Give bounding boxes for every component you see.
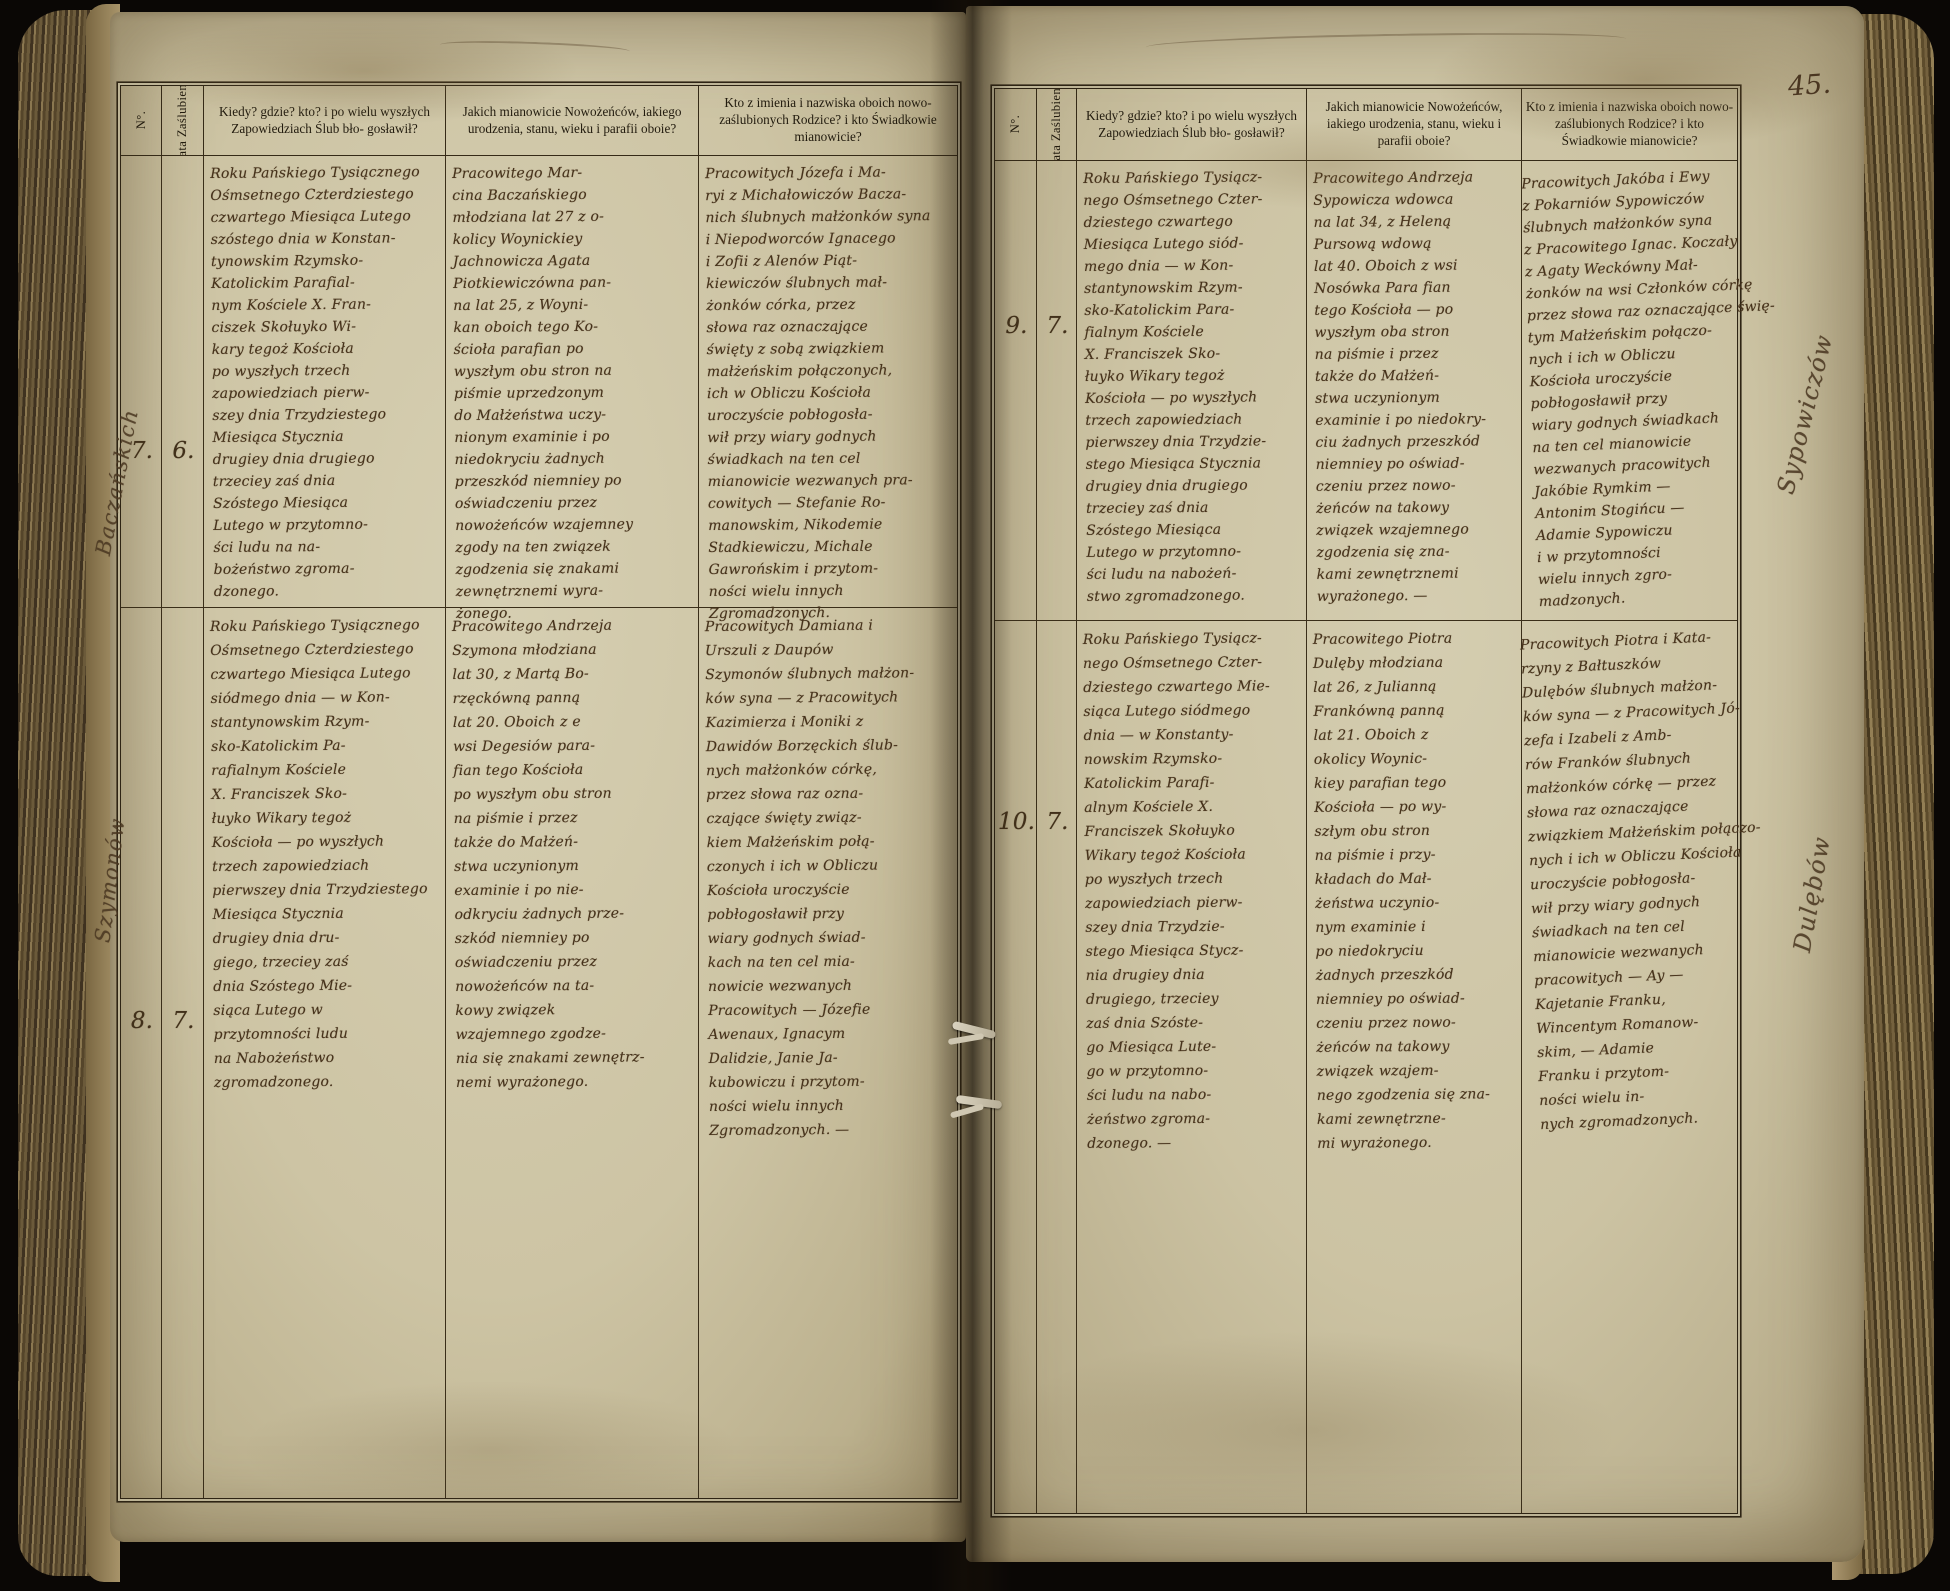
record-date: 7. xyxy=(1037,161,1077,621)
register-book-spread: N°. Data Zaślubienia Kiedy? gdzie? kto? … xyxy=(0,0,1950,1591)
record-when-text: Roku Pańskiego TysiącznegoOśmsetnego Czt… xyxy=(204,156,446,608)
header-who: Jakich mianowicie Nowożeńców, iakiego ur… xyxy=(1307,89,1522,161)
header-parents: Kto z imienia i nazwiska oboich nowo- za… xyxy=(1522,89,1737,161)
header-date: Data Zaślubienia xyxy=(162,86,204,156)
header-when: Kiedy? gdzie? kto? i po wielu wyszłych Z… xyxy=(204,86,446,156)
header-parents: Kto z imienia i nazwiska oboich nowo- za… xyxy=(699,86,957,156)
record-number: 8. xyxy=(121,608,162,1498)
faint-ink-smudge xyxy=(440,39,630,58)
record-date: 6. xyxy=(162,156,204,608)
right-page: N°. Data Zaślubienia Kiedy? gdzie? kto? … xyxy=(966,6,1864,1562)
record-parents-text: Pracowitych Piotra i Kata-rzyny z Bałtus… xyxy=(1522,621,1737,1513)
record-who-text: Pracowitego AndrzejaSypowicza wdowcana l… xyxy=(1307,161,1522,621)
header-date: Data Zaślubienia xyxy=(1037,89,1077,161)
record-who-text: Pracowitego AndrzejaSzymona młodzianalat… xyxy=(446,608,699,1498)
left-page: N°. Data Zaślubienia Kiedy? gdzie? kto? … xyxy=(110,12,966,1542)
faint-ink-smudge xyxy=(1146,30,1626,56)
record-when-text: Roku Pańskiego TysiącznegoOśmsetnego Czt… xyxy=(204,608,446,1498)
header-number: N°. xyxy=(121,86,162,156)
record-who-text: Pracowitego PiotraDulęby młodzianalat 26… xyxy=(1307,621,1522,1513)
record-date: 7. xyxy=(162,608,204,1498)
header-who: Jakich mianowicie Nowożeńców, iakiego ur… xyxy=(446,86,699,156)
record-when-text: Roku Pańskiego Tysiącz-nego Ośmsetnego C… xyxy=(1077,621,1307,1513)
marriage-register-table-left: N°. Data Zaślubienia Kiedy? gdzie? kto? … xyxy=(120,85,958,1499)
header-when: Kiedy? gdzie? kto? i po wielu wyszłych Z… xyxy=(1077,89,1307,161)
record-parents-text: Pracowitych Józefa i Ma-ryi z Michałowic… xyxy=(699,156,957,608)
book-gutter-shadow xyxy=(930,0,1012,1591)
page-number: 45. xyxy=(1787,69,1832,103)
record-date: 7. xyxy=(1037,621,1077,1513)
record-who-text: Pracowitego Mar-cina Baczańskiegomłodzia… xyxy=(446,156,699,608)
record-parents-text: Pracowitych Jakóba i Ewyz Pokarniów Sypo… xyxy=(1522,161,1737,621)
record-number: 7. xyxy=(121,156,162,608)
record-when-text: Roku Pańskiego Tysiącz-nego Ośmsetnego C… xyxy=(1077,161,1307,621)
record-parents-text: Pracowitych Damiana iUrszuli z DaupówSzy… xyxy=(699,608,957,1498)
marriage-register-table-right: N°. Data Zaślubienia Kiedy? gdzie? kto? … xyxy=(994,88,1738,1514)
